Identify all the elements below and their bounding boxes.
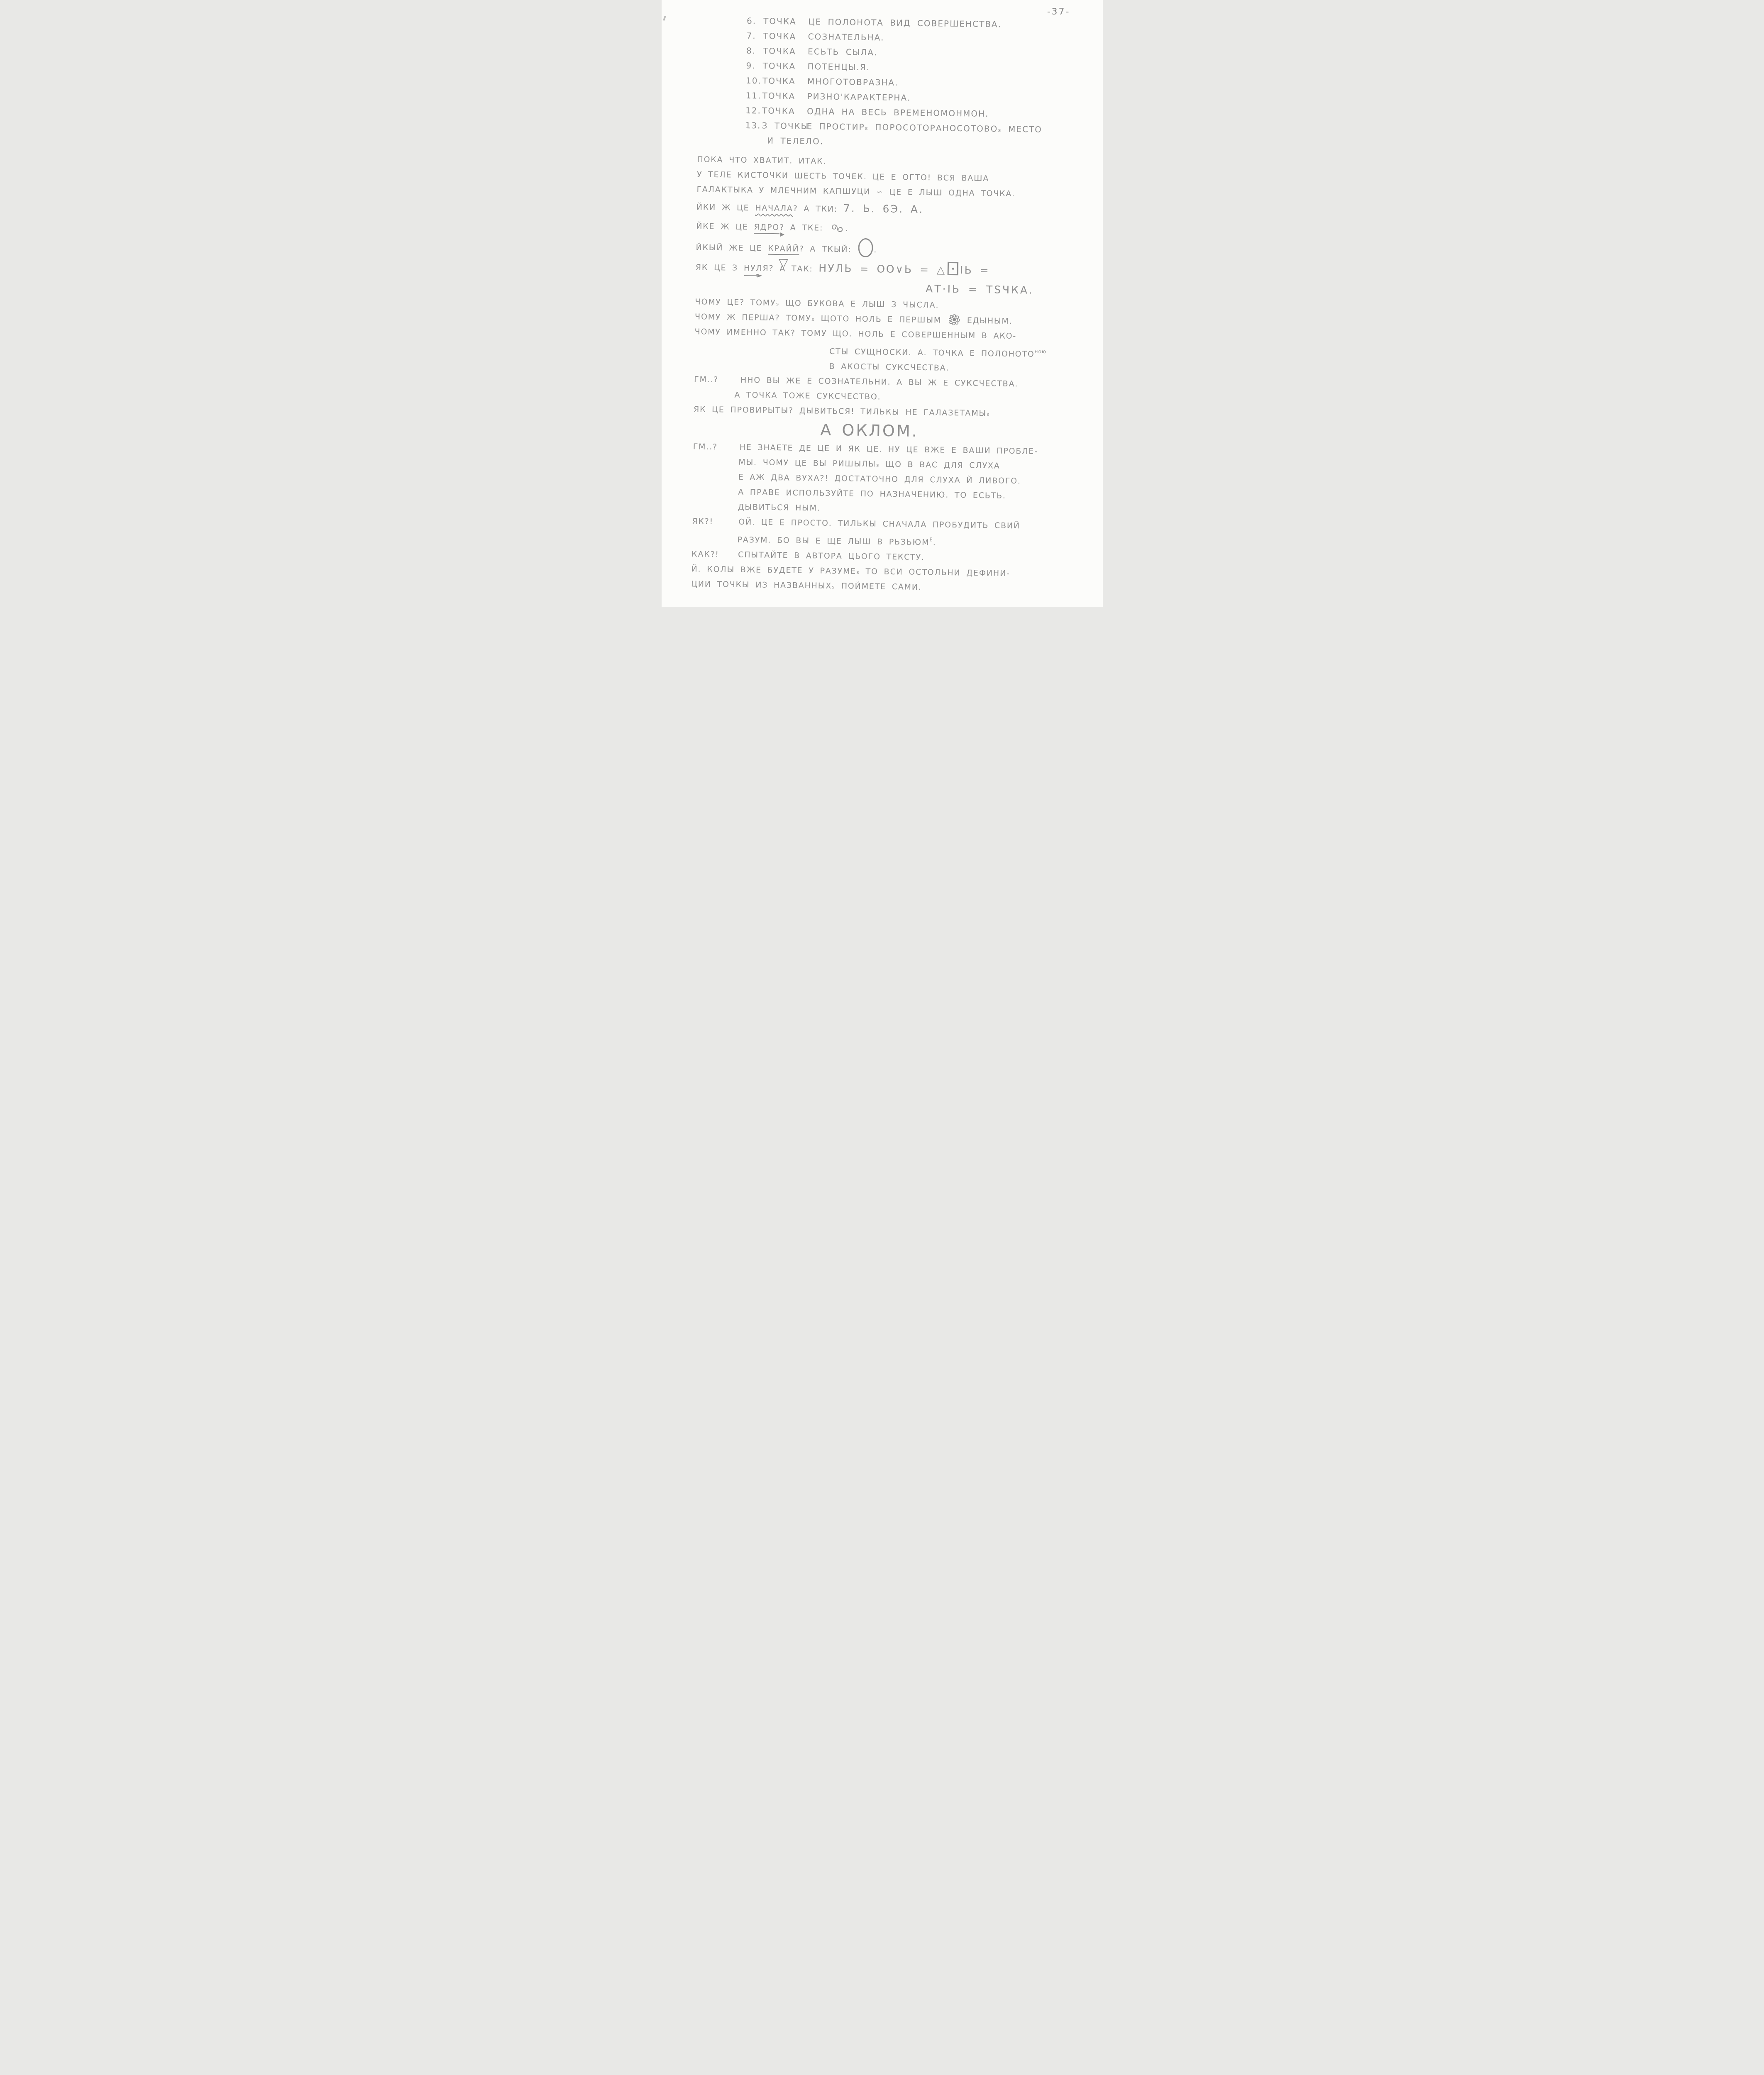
circle-icon — [858, 238, 873, 257]
equation-text: НУЛЬ = ОО∨Ь = △ — [818, 262, 946, 276]
line-text: ЙКЕ Ж ЦЕ — [696, 222, 754, 232]
square-dot-center — [952, 267, 954, 269]
speaker-label: ГМ..? — [694, 372, 740, 388]
speaker-label: ГМ..? — [693, 439, 739, 455]
line-text: В АКОСТЫ СУКСЧЕСТВА. — [829, 362, 949, 373]
item-number: 12. — [745, 103, 762, 118]
line-text: Й. КОЛЫ ВЖЕ БУДЕТЕ У РАЗУМЕₛ ТО ВСИ ОСТО… — [691, 564, 1010, 578]
line-text: ЧОМУ Ж ПЕРША? ТОМУₛ ЩОТО НОЛЬ Е ПЕРШЫМ — [695, 312, 947, 325]
item-number: 11. — [745, 88, 762, 103]
triangle-underline-icon: ▽ — [778, 257, 788, 269]
line-text: ЦИИ ТОЧКЫ ИЗ НАЗВАННЫХₛ ПОЙМЕТЕ САМИ. — [691, 579, 922, 592]
item-subject: ТОЧКА — [762, 44, 807, 59]
line-text: ОЙ. ЦЕ Е ПРОСТО. ТИЛЬКЫ СНАЧАЛА ПРОБУДИТ… — [738, 518, 1020, 530]
item-text: ПОТЕНЦЫ.Я. — [807, 61, 870, 72]
line-text: СПЫТАЙТЕ В АВТОРА ЦЬОГО ТЕКСТУ. — [738, 550, 925, 562]
line-text: ННО ВЫ ЖЕ Е СОЗНАТЕЛЬНИ. А ВЫ Ж Е СУКСЧЕ… — [740, 376, 1018, 388]
item-text: СОЗНАТЕЛЬНА. — [808, 32, 884, 43]
line-text: ? А ТАК: — [769, 264, 818, 274]
line-text: ЧОМУ ЦЕ? ТОМУₛ ЩО БУКОВА Е ЛЫШ З ЧЫСЛА. — [695, 297, 939, 310]
line-text: ГАЛАКТЫКА У МЛЕЧНИМ КАПШУЦИ ∽ ЦЕ Е ЛЫШ О… — [696, 185, 1015, 198]
line-text: ? А ТКЕ: — [779, 223, 828, 233]
line-text: У ТЕЛЕ КИСТОЧКИ ШЕСТЬ ТОЧЕК. ЦЕ Е ОГТО! … — [696, 170, 989, 183]
page-content: 6.ТОЧКАЦЕ ПОЛОНОТА ВИД СОВЕРШЕНСТВА. 7.Т… — [662, 0, 1103, 597]
triangle-underlined-word: КРАЙЙ▽ — [768, 244, 799, 255]
line-text: . — [874, 245, 877, 254]
item-subject: ТОЧКА — [763, 14, 808, 29]
superscript-text: ною — [1034, 349, 1046, 354]
arrow-underline-icon: → — [743, 271, 763, 280]
item-number: 8. — [746, 43, 762, 59]
line-text: Е АЖ ДВА ВУХА?! ДОСТАТОЧНО ДЛЯ СЛУХА Й Л… — [738, 473, 1021, 486]
manuscript-page: -37- 6.ТОЧКАЦЕ ПОЛОНОТА ВИД СОВЕРШЕНСТВА… — [662, 0, 1103, 607]
answer-symbols: 7. Ь. 6Э. А. — [843, 202, 924, 215]
definitions-list: 6.ТОЧКАЦЕ ПОЛОНОТА ВИД СОВЕРШЕНСТВА. 7.Т… — [662, 0, 1103, 153]
item-text: РИЗНО'КАРАКТЕРНА. — [807, 91, 911, 103]
line-text: ЕДЫНЫМ. — [961, 316, 1012, 326]
line-text: ПОКА ЧТО ХВАТИТ. ИТАК. — [697, 155, 826, 166]
item-subject: ТОЧКА — [762, 88, 807, 104]
wavy-underlined-word: НАЧАЛА — [755, 203, 793, 213]
line-text: ЯК ЦЕ ПРОВИРЫТЫ? ДЫВИТЬСЯ! ТИЛЬКЫ НЕ ГАЛ… — [693, 405, 990, 418]
speaker-label: КАК?! — [691, 547, 738, 562]
text-line-equation-2: АТ·ІЬ = ТЅЧКА. — [925, 280, 1099, 300]
arrow-underlined-word: ЯДРО — [754, 222, 779, 234]
flower-circles-icon — [948, 314, 959, 325]
item-number: 10. — [745, 73, 762, 88]
line-text: РАЗУМ. БО ВЫ Е ЩЕ ЛЫШ В РЬЗЬЮМ — [737, 535, 929, 547]
line-text: ДЫВИТЬСЯ НЫМ. — [738, 503, 820, 513]
line-text: А ТОЧКА ТОЖЕ СУКСЧЕСТВО. — [734, 391, 881, 402]
item-text: И ТЕЛЕЛО. — [767, 136, 823, 146]
superscript-text: Е — [929, 537, 933, 542]
line-text: МЫ. ЧОМУ ЦЕ ВЫ РИШЫЛЫₛ ЩО В ВАС ДЛЯ СЛУХ… — [738, 458, 1000, 471]
item-number: 6. — [746, 13, 763, 29]
item-subject: ТОЧКА — [763, 29, 808, 44]
line-text: ЧОМУ ИМЕННО ТАК? ТОМУ ЩО. НОЛЬ Е СОВЕРШЕ… — [694, 327, 1016, 341]
square-dot-icon — [947, 262, 958, 275]
line-text: А ОКЛОМ. — [820, 421, 919, 440]
line-text: . — [845, 224, 848, 233]
line-text: . — [933, 538, 936, 547]
line-text: ? А ТКЫЙ: — [799, 244, 857, 254]
item-subject: ТОЧКА — [762, 59, 807, 74]
text-line-oklom: А ОКЛОМ. — [820, 419, 1097, 445]
equation-text: ІЬ = — [960, 264, 990, 276]
body-text: ПОКА ЧТО ХВАТИТ. ИТАК. У ТЕЛЕ КИСТОЧКИ Ш… — [662, 151, 1101, 597]
spiral-icon — [830, 223, 844, 233]
line-text: ? А ТКИ: — [793, 204, 843, 214]
item-text: ЦЕ ПОЛОНОТА ВИД СОВЕРШЕНСТВА. — [808, 17, 1001, 29]
line-text: ЙКЫЙ ЖЕ ЦЕ — [696, 243, 768, 253]
item-number: 9. — [746, 58, 762, 73]
line-text: КРАЙЙ — [768, 244, 799, 254]
line-text: А ПРАВЕ ИСПОЛЬЗУЙТЕ ПО НАЗНАЧЕНИЮ. ТО ЕС… — [738, 488, 1006, 500]
item-subject: ТОЧКА — [762, 73, 807, 89]
item-text: МНОГОТОВРАЗНА. — [807, 76, 898, 88]
item-text: Е ПРОСТИРₛ ПОРОСОТОРАНОСОТОВОₛ МЕСТО — [806, 121, 1042, 134]
item-subject: З ТОЧКЫ — [762, 118, 806, 134]
speaker-label: ЯК?! — [692, 514, 738, 530]
line-text: ЯК ЦЕ З — [695, 263, 743, 273]
item-number: 7. — [746, 28, 763, 44]
item-subject: ТОЧКА — [762, 103, 806, 119]
equation-text: АТ·ІЬ = ТЅЧКА. — [925, 283, 1033, 296]
line-text: НЕ ЗНАЕТЕ ДЕ ЦЕ И ЯК ЦЕ. НУ ЦЕ ВЖЕ Е ВАШ… — [739, 443, 1038, 456]
item-text: ЕСЬТЬ СЫЛА. — [807, 46, 877, 57]
line-text: ЙКИ Ж ЦЕ — [696, 203, 755, 212]
line-text: СТЫ СУЩНОСКИ. А. ТОЧКА Е ПОЛОНОТО — [829, 347, 1034, 359]
item-text: ОДНА НА ВЕСЬ ВРЕМЕНОМОНМОН. — [806, 106, 989, 119]
item-number: 13. — [745, 118, 762, 133]
arrow-below-word: НУЛЯ→ — [743, 264, 769, 273]
